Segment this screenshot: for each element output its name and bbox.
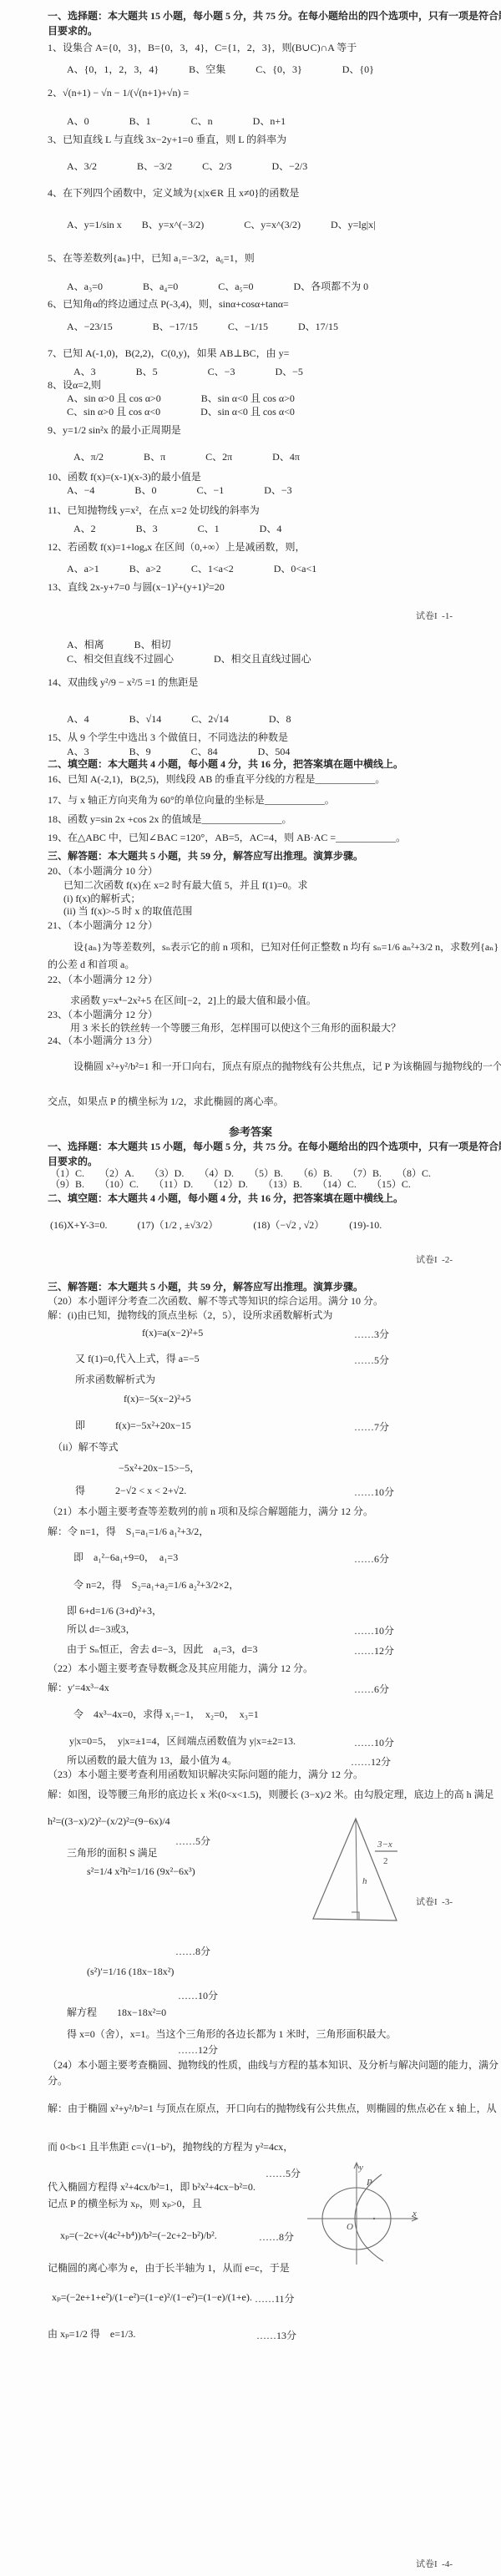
q20-line1: 已知二次函数 f(x)在 x=2 时有最大值 5，并且 f(1)=0。求 — [63, 879, 308, 892]
ans23-score3: ……10分 — [178, 1988, 218, 2002]
q20-title: 20、（本小题满分 10 分） — [48, 865, 158, 878]
ans23-score4: ……12分 — [178, 2042, 218, 2057]
page-footer-4: 试卷I -4- — [416, 2557, 453, 2570]
section3-header: 三、解答题：本大题共 5 小题，共 59 分，解答应写出推理。演算步骤。 — [48, 850, 363, 863]
ans20-line2: 又 f(1)=0,代入上式，得 a=−5 — [75, 1353, 200, 1365]
q20-line2: (i) f(x)的解析式； — [63, 893, 140, 905]
q13-stem: 13、直线 2x-y+7=0 与圆(x−1)²+(y+1)²=20 — [48, 581, 225, 594]
q3-options: A、3/2 B、−3/2 C、2/3 D、−2/3 — [67, 160, 307, 173]
ans22-note: （22）本小题主要考查导数概念及其应用能力，满分 12 分。 — [48, 1663, 313, 1675]
q6-options: A、−23/15 B、−17/15 C、−1/15 D、17/15 — [67, 321, 338, 333]
ans21-line3: 令 n=2，得 S₂=a₁+a₂=1/6 a₂²+3/2×2， — [73, 1579, 239, 1592]
q8-options-cd: C、sin α>0 且 cos α<0 D、sin α<0 且 cos α<0 — [67, 406, 295, 418]
ans24-line1: 解：由于椭圆 x²+y²/b²=1 与顶点在原点，开口向右的抛物线有公共焦点，则… — [48, 2103, 497, 2115]
ans23-formula1: h²=((3−x)/2)²−(x/2)²=(9−6x)/4 — [48, 1815, 170, 1828]
answers-section1-line2: 目要求的。 — [48, 1156, 98, 1168]
q24-line2: 交点，如果点 P 的横坐标为 1/2，求此椭圆的离心率。 — [48, 1096, 284, 1108]
ans21-score1: ……6分 — [354, 1551, 389, 1566]
q14-options: A、4 B、√14 C、2√14 D、8 — [67, 713, 291, 726]
ans22-score2: ……10分 — [354, 1735, 394, 1749]
ans24-line5: 记椭圆的离心率为 e，由于长半轴为 1，从而 e=c，于是 — [48, 2262, 290, 2275]
ans20-line1: 解：(i)由已知，抛物线的顶点坐标（2，5），设所求函数解析式为 — [48, 1309, 332, 1322]
answers-choice-row2: （9）B. （10）C. （11）D. （12）D. （13）B. （14）C.… — [50, 1178, 411, 1191]
q8-stem: 8、设α=2,则 — [48, 379, 101, 392]
ans20-line3: 所求函数解析式为 — [75, 1374, 155, 1386]
conic-x-axis-label: x — [412, 2209, 417, 2219]
q13-options-cd: C、相交但直线不过圆心 D、相交且直线过圆心 — [67, 653, 311, 666]
q1-stem: 1、设集合 A={0，3}，B={0，3，4}，C={1，2，3}，则(B∪C)… — [48, 42, 357, 54]
q22-title: 22、（本小题满分 12 分） — [48, 974, 158, 986]
ans24-line6: 由 xₚ=1/2 得 e=1/3. — [48, 2328, 135, 2341]
ans20-line6: 得 2−√2 < x < 2+√2. — [75, 1485, 186, 1497]
q11-options: A、2 B、3 C、1 D、4 — [73, 523, 281, 535]
answers-section1-line1: 一、选择题：本大题共 15 小题，每小题 5 分，共 75 分。在每小题给出的四… — [48, 1141, 501, 1153]
q5-stem: 5、在等差数列{aₙ}中，已知 a₁=−3/2，a₆=1，则 — [48, 252, 255, 265]
ans22-line1: 解：y′=4x³−4x — [48, 1682, 109, 1694]
ans21-line2: 即 a₁²−6a₁+9=0， a₁=3 — [73, 1551, 178, 1564]
page-footer-2: 试卷I -2- — [416, 1253, 453, 1266]
q11-stem: 11、已知抛物线 y=x²，在点 x=2 处切线的斜率为 — [48, 504, 260, 517]
answers-section3-header: 三、解答题：本大题共 5 小题，共 59 分，解答应写出推理。演算步骤。 — [48, 1281, 363, 1293]
ans23-line1: 解：如图，设等腰三角形的底边长 x 米(0<x<1.5)，则腰长 (3−x)/2… — [48, 1789, 494, 1801]
q9-options: A、π/2 B、π C、2π D、4π — [73, 451, 300, 463]
q4-options: A、y=1/sin x B、y=x^(−3/2) C、y=x^(3/2) D、y… — [67, 219, 376, 231]
q10-stem: 10、函数 f(x)=(x-1)(x-3)的最小值是 — [48, 471, 201, 483]
q2-stem: 2、√(n+1) − √n − 1/(√(n+1)+√n) = — [48, 87, 189, 99]
ans21-note: （21）本小题主要考查等差数列的前 n 项和及综合解题能力，满分 12 分。 — [48, 1506, 373, 1518]
ans20-score1: ……3分 — [354, 1327, 389, 1341]
conic-point-p-label: P — [366, 2178, 372, 2188]
q3-stem: 3、已知直线 L 与直线 3x−2y+1=0 垂直，则 L 的斜率为 — [48, 134, 286, 146]
q17-stem: 17、与 x 轴正方向夹角为 60°的单位向量的坐标是____________。 — [48, 794, 335, 807]
ans20-score2: ……5分 — [354, 1353, 389, 1367]
ans20-line4: 即 f(x)=−5x²+20x−15 — [75, 1420, 191, 1432]
ans22-line3: y|x=0=5， y|x=±1=4，区间端点函数值为 y|x=±2=13. — [69, 1735, 296, 1748]
ans22-line4: 所以函数的最大值为 13，最小值为 4。 — [67, 1754, 237, 1767]
q15-options: A、3 B、9 C、84 D、504 — [67, 746, 290, 758]
ans24-score2: ……8分 — [259, 2229, 294, 2244]
ans23-formula2: s²=1/4 x²h²=1/16 (9x²−6x³) — [87, 1865, 195, 1878]
q12-options: A、a>1 B、a>2 C、1<a<2 D、0<a<1 — [67, 563, 316, 575]
ans24-score1: ……5分 — [266, 2166, 301, 2180]
triangle-height-label: h — [362, 1876, 367, 1886]
q21-title: 21、（本小题满分 12 分） — [48, 919, 158, 932]
q10-options: A、−4 B、0 C、−1 D、−3 — [67, 484, 292, 497]
ans23-note: （23）本小题主要考查利用函数知识解决实际问题的能力，满分 12 分。 — [48, 1769, 363, 1781]
ans23-line4: 得 x=0（舍），x=1。当这个三角形的各边长都为 1 米时，三角形面积最大。 — [67, 2028, 397, 2041]
answers-title: 参考答案 — [0, 1126, 501, 1139]
ans20-formula3: −5x²+20x−15>−5， — [119, 1462, 200, 1475]
q15-stem: 15、从 9 个学生中选出 3 个做值日，不同选法的种数是 — [48, 731, 288, 744]
ans23-line3: 解方程 18x−18x²=0 — [67, 2007, 166, 2019]
ans21-line5: 所以 d=−3或3， — [67, 1623, 136, 1636]
q6-stem: 6、已知角α的终边通过点 P(-3,4)，则，sinα+cosα+tanα= — [48, 298, 289, 311]
q7-options: A、3 B、5 C、−3 D、−5 — [73, 366, 303, 378]
q9-stem: 9、y=1/2 sin²x 的最小正周期是 — [48, 424, 181, 437]
isosceles-triangle-figure: h 3−x 2 — [302, 1787, 415, 1931]
ans21-line1: 解：令 n=1，得 S₁=a₁=1/6 a₁²+3/2， — [48, 1526, 209, 1538]
q21-line1: 设{aₙ}为等差数列，sₙ表示它的前 n 项和，已知对任何正整数 n 均有 sₙ… — [73, 941, 498, 954]
section1-header-line2: 目要求的。 — [48, 25, 98, 38]
answers-section2-header: 二、填空题：本大题共 4 小题，每小题 4 分，共 16 分，把答案填在题中横线… — [48, 1192, 403, 1205]
q13-options-ab: A、相离 B、相切 — [67, 639, 171, 651]
page-footer-1: 试卷I -1- — [416, 609, 453, 622]
q12-stem: 12、若函数 f(x)=1+logₐx 在区间（0,+∞）上是减函数，则， — [48, 541, 305, 554]
ans24-score3: ……11分 — [255, 2291, 295, 2305]
ans21-line6: 由于 Sₙ恒正，舍去 d=−3，因此 a₁=3，d=3 — [67, 1643, 257, 1656]
ans21-score3: ……12分 — [354, 1643, 394, 1657]
triangle-side-numerator: 3−x — [377, 1840, 392, 1850]
ans22-line2: 令 4x³−4x=0，求得 x₁=−1， x₂=0， x₃=1 — [73, 1708, 259, 1721]
ans20-line5: （ii）解不等式 — [53, 1441, 119, 1454]
ans23-score1: ……5分 — [175, 1834, 210, 1848]
q24-line1: 设椭圆 x²+y²/b²=1 和一开口向右，顶点有原点的抛物线有公共焦点，记 P… — [73, 1060, 501, 1073]
ans24-note-line2: 分。 — [48, 2075, 68, 2088]
ans24-formula2: xₚ=(−2e+1+e²)/(1−e²)=(1−e)²/(1−e²)=(1−e)… — [52, 2291, 252, 2304]
q19-stem: 19、在△ABC 中，已知∠BAC =120°，AB=5，AC=4，则 AB·A… — [48, 832, 406, 844]
section2-header: 二、填空题：本大题共 4 小题，每小题 4 分，共 16 分，把答案填在题中横线… — [48, 758, 403, 771]
ans24-line4: 记点 P 的横坐标为 xₚ，则 xₚ>0，且 — [48, 2198, 202, 2210]
ans24-line2: 而 0<b<1 且半焦距 c=√(1−b²)，抛物线的方程为 y²=4cx， — [48, 2141, 293, 2153]
q4-stem: 4、在下列四个函数中，定义域为{x|x∈R 且 x≠0}的函数是 — [48, 187, 299, 200]
conic-y-axis-label: y — [358, 2163, 363, 2173]
q14-stem: 14、双曲线 y²/9 − x²/5 =1 的焦距是 — [48, 676, 198, 689]
q7-stem: 7、已知 A(-1,0)，B(2,2)，C(0,y)，如果 AB⊥BC，由 y= — [48, 347, 289, 360]
ans23-formula3: (s²)′=1/16 (18x−18x²) — [87, 1966, 174, 1978]
q24-title: 24、（本小题满分 13 分） — [48, 1035, 158, 1047]
ans23-line2: 三角形的面积 S 满足 — [67, 1847, 158, 1860]
ans20-formula1: f(x)=a(x−2)²+5 — [142, 1327, 203, 1339]
q20-line3: (ii) 当 f(x)>-5 时 x 的取值范围 — [63, 905, 192, 918]
q16-stem: 16、已知 A(-2,1)，B(2,5)，则线段 AB 的垂直平分线的方程是__… — [48, 773, 385, 786]
ans21-line4: 即 6+d=1/6 (3+d)²+3， — [67, 1605, 162, 1617]
ans20-score3: ……7分 — [354, 1420, 389, 1434]
ans20-note: （20）本小题评分考查二次函数、解不等式等知识的综合运用。满分 10 分。 — [48, 1295, 383, 1308]
page-footer-3: 试卷I -3- — [416, 1895, 453, 1908]
answers-fill-row: (16)X+Y-3=0. (17)（1/2 , ±√3/2） (18)（−√2 … — [50, 1219, 382, 1232]
q5-options: A、a₃=0 B、a₄=0 C、a₅=0 D、各项都不为 0 — [67, 281, 368, 293]
ellipse-parabola-figure: P O y x — [306, 2159, 423, 2268]
conic-origin-label: O — [347, 2222, 353, 2232]
ans23-score2: ……8分 — [175, 1944, 210, 1958]
q21-line2: 的公差 d 和首项 a。 — [48, 959, 134, 971]
ans24-note-line1: （24）本小题主要考查椭圆、抛物线的性质，曲线与方程的基本知识、及分析与解决问题… — [48, 2059, 501, 2072]
ans24-score4: ……13分 — [256, 2328, 296, 2342]
q18-stem: 18、函数 y=sin 2x +cos 2x 的值域是_____________… — [48, 813, 292, 826]
ans22-score3: ……12分 — [351, 1754, 391, 1769]
ans22-score1: ……6分 — [354, 1682, 389, 1696]
triangle-side-denominator: 2 — [383, 1856, 388, 1866]
q1-options: A、{0，1，2，3，4} B、空集 C、{0，3} D、{0} — [67, 63, 374, 76]
q22-line1: 求函数 y=x⁴−2x²+5 在区间[−2，2]上的最大值和最小值。 — [70, 994, 316, 1007]
q2-options: A、0 B、1 C、n D、n+1 — [67, 115, 286, 128]
ans20-score4: ……10分 — [354, 1485, 394, 1499]
exam-document: 一、选择题：本大题共 15 小题，每小题 5 分，共 75 分。在每小题给出的四… — [0, 0, 501, 2576]
q8-options-ab: A、sin α>0 且 cos α>0 B、sin α<0 且 cos α>0 — [67, 392, 295, 405]
section1-header-line1: 一、选择题：本大题共 15 小题，每小题 5 分，共 75 分。在每小题给出的四… — [48, 10, 501, 23]
ans20-formula2: f(x)=−5(x−2)²+5 — [124, 1393, 191, 1405]
q23-line1: 用 3 米长的铁丝转一个等腰三角形，怎样围可以使这个三角形的面积最大？ — [70, 1022, 401, 1035]
ans24-line3: 代入椭圆方程得 x²+4cx/b²=1，即 b²x²+4cx−b²=0. — [48, 2181, 256, 2194]
ans21-score2: ……10分 — [354, 1623, 394, 1637]
q23-title: 23、（本小题满分 12 分） — [48, 1009, 158, 1021]
ans24-formula1: xₚ=(−2c+√(4c²+b⁴))/b²=(−2c+2−b²)/b². — [60, 2229, 217, 2242]
